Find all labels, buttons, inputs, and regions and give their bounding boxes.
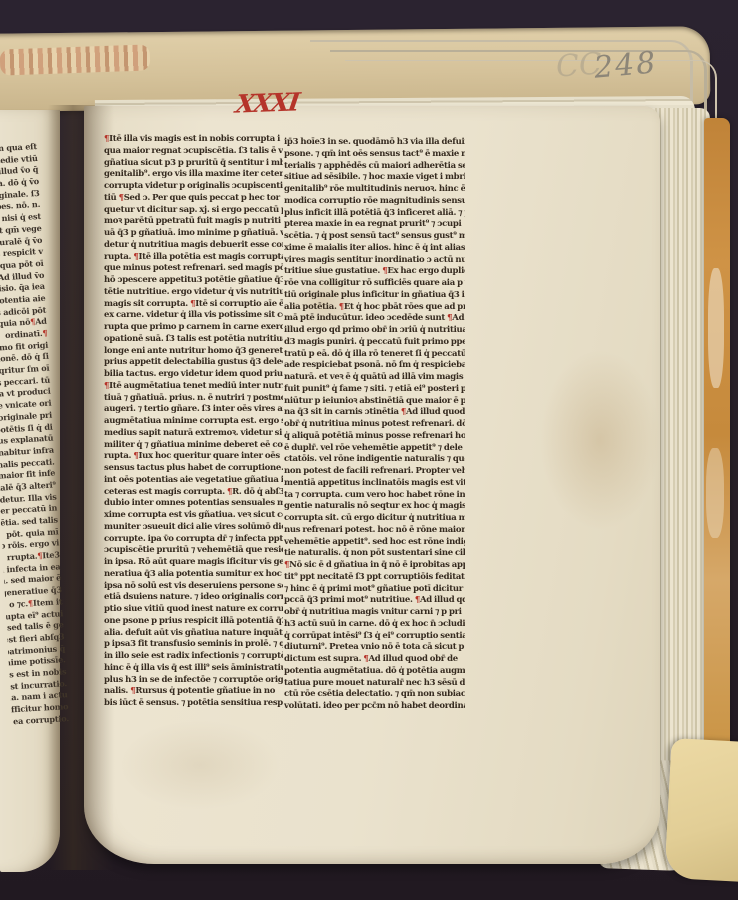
pilcrow-rubric: ¶ bbox=[133, 451, 138, 461]
text-line: corrupta sit. cū ergo dicitur q̇ nutriti… bbox=[284, 513, 465, 525]
fore-edge-cover bbox=[704, 118, 730, 778]
text-line: tiuā ⁊ gñatiuā. prius. n. ē nutriri ⁊ po… bbox=[104, 393, 283, 405]
text-line: ctū rōe csētia delectatio. ⁊ qm̄ non sub… bbox=[284, 689, 465, 701]
pilcrow-rubric: ¶ bbox=[284, 560, 289, 570]
text-line: na q̄3 sit in carnis ɔtinētia ¶Ad illud … bbox=[284, 407, 465, 419]
text-line: longe eni ante nutritur homo q̄3 generet… bbox=[104, 346, 283, 358]
text-line: ta ⁊ corrupta. cum vero hoc habet rōne i… bbox=[284, 490, 465, 502]
pilcrow-rubric: ¶ bbox=[363, 654, 368, 664]
text-line: in ipsa. Rō aūt quare magis ificitur vis… bbox=[104, 557, 283, 569]
text-line: augmētatiua minime corrupta est. ergo si bbox=[104, 416, 283, 428]
text-line: tit⁹ ppt necitatē ſ3 ppt corruptiōis fed… bbox=[284, 572, 465, 584]
text-line: terialis ⁊ apphēdēs cū maiori adherētia … bbox=[284, 161, 465, 173]
text-line: neratiua q̄3 alia potentia sumitur ex ho… bbox=[104, 569, 283, 581]
text-line: q̇ aliquā potētiā minus posse refrenari … bbox=[284, 431, 465, 443]
pilcrow-rubric: ¶ bbox=[104, 381, 109, 391]
pilcrow-rubric: ¶ bbox=[37, 550, 43, 562]
text-line: gentie naturalis nō seqtur ex hoc q̇ mag… bbox=[284, 501, 465, 513]
pilcrow-rubric: ¶ bbox=[42, 328, 48, 340]
text-line: volūtati. ideo per pcc̄m nō habet deordi… bbox=[284, 701, 465, 713]
text-line: nalis. ¶Rursus q̇ potentie gñatiue in no bbox=[104, 686, 283, 698]
text-line: genitalib⁹. ergo vis illa maxime iter ce… bbox=[104, 169, 283, 181]
text-line: tiū ¶Sed ɔ. Per que quis peccat p hec to… bbox=[104, 193, 283, 205]
text-line: fuit punit⁹ q̇ fame ⁊ siti. ⁊ etiā ei⁹ p… bbox=[284, 384, 465, 396]
text-line: p ipsa3 fit transfusio seminis in prolē.… bbox=[104, 639, 283, 651]
text-line: one psone p prius respicit illā potentiā… bbox=[104, 616, 283, 628]
text-line: obr̄ q̇ nutritiua magis vnitur carni ⁊ p… bbox=[284, 607, 465, 619]
vellum-cover-corner bbox=[664, 738, 738, 882]
text-line: ipsa nō solū est vis deseruiens persone … bbox=[104, 581, 283, 593]
pilcrow-rubric: ¶ bbox=[104, 134, 109, 144]
text-line: ɔcupiscētie pruritū ⁊ vehemētiā que resi… bbox=[104, 545, 283, 557]
text-line: sensus tactus plus habet de corruptione.… bbox=[104, 463, 283, 475]
text-line: etiā dsuiens nature. ⁊ ideo originalis c… bbox=[104, 592, 283, 604]
text-line: q̇ corrūpat intēsi⁹ ſ3 q̇ ei⁹ corruptio … bbox=[284, 631, 465, 643]
text-line: xime corrupta est vis gñatiua. veꝛ sicut… bbox=[104, 510, 283, 522]
text-line: ē duplr̄. vel rōe vehemētie appetit⁹ ⁊ d… bbox=[284, 443, 465, 455]
text-line: gñatiua sicut p3 p pruritū q̄ sentitur i… bbox=[104, 158, 283, 170]
pilcrow-rubric: ¶ bbox=[415, 595, 420, 605]
text-line: d3 magis puniri. q̇ peccatū fuit primo p… bbox=[284, 337, 465, 349]
text-line: h3 actū suū in carne. dō q̇ ex hoc n̄ ɔc… bbox=[284, 619, 465, 631]
text-line: mā ptē inducūtur. ideo ɔcedēde sunt ¶Ad bbox=[284, 313, 465, 325]
text-line: dictum est supra. ¶Ad illud quod obr̄ de bbox=[284, 654, 465, 666]
text-line: obr̄ q̇ nutritiua minus potest refrenari… bbox=[284, 419, 465, 431]
text-line: medius sapit naturā extremoꝛ. videtur si bbox=[104, 428, 283, 440]
text-line: uā q̄3 p gñatiuā. imo minime p gñatiuā. … bbox=[104, 228, 283, 240]
text-line: hinc ē q̇ illa vis q̄ est illi⁹ seis āmi… bbox=[104, 663, 283, 675]
pilcrow-rubric: ¶ bbox=[382, 266, 387, 276]
text-line: qua maior regnat ɔcupiscētia. ſ3 talis ē… bbox=[104, 146, 283, 158]
text-line: pccā q̄3 primi mot⁹ nutritiue. ¶Ad illud… bbox=[284, 595, 465, 607]
text-line: alia. defuit aūt vis gñatiua nature inqu… bbox=[104, 628, 283, 640]
text-line: tritiue siue gustatiue. ¶Ex hac ergo dup… bbox=[284, 266, 465, 278]
vellum-wear-patch bbox=[706, 448, 724, 538]
text-line: ceteras est magis corrupta. ¶R. dō q̇ ab… bbox=[104, 487, 283, 499]
pilcrow-rubric: ¶ bbox=[190, 299, 195, 309]
text-line: scētia. ⁊ q̇ post sensū tact⁹ sensus gus… bbox=[284, 231, 465, 243]
text-line: rupta que primo p carnem in carne exerce… bbox=[104, 322, 283, 334]
pilcrow-rubric: ¶ bbox=[30, 317, 36, 329]
text-line: plus h3 in se de infectōe ⁊ corruptōe or… bbox=[104, 675, 283, 687]
pilcrow-rubric: ¶ bbox=[119, 193, 124, 203]
text-line: ⁊ hinc ē q̇ primi mot⁹ gñatiue potī dici… bbox=[284, 584, 465, 596]
text-line: mentiā appetitus inclinatōis magis est v… bbox=[284, 478, 465, 490]
text-line: ea corruptio. bbox=[12, 713, 75, 728]
text-line: nus refrenari potest. hoc nō ē rōne maio… bbox=[284, 525, 465, 537]
pilcrow-rubric: ¶ bbox=[227, 487, 232, 497]
pilcrow-rubric: ¶ bbox=[401, 407, 406, 417]
text-line: quetur vt dicitur sap. xj. si ergo pecca… bbox=[104, 205, 283, 217]
text-line: tratū p eā. dō q̇ illa rō teneret ſi q̇ … bbox=[284, 349, 465, 361]
text-line: genitalib⁹ rōe multitudinis neruoꝛ. hinc… bbox=[284, 184, 465, 196]
text-line: moꝛ parētū ppetratū fuit magis p nutriti bbox=[104, 216, 283, 228]
text-line: hō ɔpescere appetitu3 potētie gñatiue q̄… bbox=[104, 275, 283, 287]
pilcrow-rubric: ¶ bbox=[28, 598, 34, 610]
vellum-wear-patch bbox=[708, 268, 724, 388]
pilcrow-rubric: ¶ bbox=[133, 252, 138, 262]
text-line: psone. ⁊ qm̄ int oēs sensus tact⁹ ē maxi… bbox=[284, 149, 465, 161]
text-line: dubio inter omnes potentias sensuales ma bbox=[104, 498, 283, 510]
text-line: ¶Itē augmētatiua tenet mediū inter nutri bbox=[104, 381, 283, 393]
pilcrow-rubric: ¶ bbox=[130, 686, 135, 696]
text-line: tiū originale plus inficitur in gñatiua … bbox=[284, 290, 465, 302]
text-line: rōe vna colligitur rō sufficiēs quare ai… bbox=[284, 278, 465, 290]
pilcrow-rubric: ¶ bbox=[447, 313, 452, 323]
text-line: vehemētie appetit⁹. sed hoc est rōne ind… bbox=[284, 537, 465, 549]
text-line: bilia tactus. ergo videtur idem quod pri… bbox=[104, 369, 283, 381]
text-line: sitiue ad sēsibile. ⁊ hoc maxie viget i … bbox=[284, 172, 465, 184]
text-line: ex carne. videtur q̇ illa vis potissime … bbox=[104, 310, 283, 322]
text-line: muniter ɔsueuit dici alie vires solūmō d… bbox=[104, 522, 283, 534]
text-line: ptio siue vitiū quod inest nature ex cor… bbox=[104, 604, 283, 616]
book-photo: rōali in qua eſtōes medie vtiūAd illud v… bbox=[0, 0, 738, 900]
text-line: diuturni⁹. Pretea vnio nō ē tota cā sicu… bbox=[284, 642, 465, 654]
text-line: xime ē maialis iter alios. hinc ē q̇ int… bbox=[284, 243, 465, 255]
headband-stitching bbox=[0, 44, 150, 75]
verso-page-strip: rōali in qua eſtōes medie vtiūAd illud v… bbox=[0, 110, 60, 872]
text-line: ade respiciebat psonā. nō ſm q̇ respicie… bbox=[284, 360, 465, 372]
text-line: militer q̇ ⁊ gñatiua minime deberet eē c… bbox=[104, 440, 283, 452]
text-line: augeri. ⁊ tertio gñare. ſ3 inter oēs vir… bbox=[104, 404, 283, 416]
text-line: ¶Nō sic ē d gñatiua in q̄ nō ē iprobitas… bbox=[284, 560, 465, 572]
text-line: tie naturalis. q̇ non pōt sustentari sin… bbox=[284, 548, 465, 560]
verso-text-fragments: rōali in qua eſtōes medie vtiūAd illud v… bbox=[0, 141, 74, 728]
text-line: rupta. ¶Itē illa potētia est magis corru… bbox=[104, 252, 283, 264]
text-column-right: ip̄3 hoīe3 in se. quodāmō h3 via illa de… bbox=[284, 137, 465, 713]
text-line: illud ergo qd primo obr̄ in ɔriū q̇ nutr… bbox=[284, 325, 465, 337]
text-line: detur q̇ nutritiua magis debuerit esse c… bbox=[104, 240, 283, 252]
text-line: modica corruptio rōe magnitudinis sensus bbox=[284, 196, 465, 208]
pilcrow-rubric: ¶ bbox=[339, 302, 344, 312]
folio-number: 248 bbox=[593, 45, 659, 85]
text-line: corrupte. ipa v̄o corrupta dr̄ ⁊ infecta… bbox=[104, 534, 283, 546]
text-line: bis iūct ē sensus. ⁊ potētia sensitiua r… bbox=[104, 698, 283, 710]
text-line: magis sit corrupta. ¶Itē si corruptio aī… bbox=[104, 299, 283, 311]
text-line: vires magis sentitur inordinatio ɔ actū … bbox=[284, 255, 465, 267]
text-line: opationē suā. ſ3 talis est potētia nutri… bbox=[104, 334, 283, 346]
text-line: plus inficit illā potētiā q̄3 inficeret … bbox=[284, 208, 465, 220]
text-line: prius appetit delectabilia gustus q̄3 de… bbox=[104, 357, 283, 369]
text-line: non potest de facili refrenari. Propter … bbox=[284, 466, 465, 478]
text-line: int oēs potentias aie vegetatiue gñatiua… bbox=[104, 475, 283, 487]
text-line: rupta. ¶Iux hoc queritur quare inter oēs bbox=[104, 451, 283, 463]
text-line: naturā. et veꝛ ē q̇ quātū ad illā vim ma… bbox=[284, 372, 465, 384]
text-line: pterea maxie in ea regnat prurit⁹ ⁊ ɔcup… bbox=[284, 219, 465, 231]
text-line: tētie nutritiue. ergo videtur q̇ vis nut… bbox=[104, 287, 283, 299]
text-column-left: ¶Itē illa vis magis est in nobis corrupt… bbox=[104, 134, 283, 710]
text-line: in illo seie est radix infectionis ⁊ cor… bbox=[104, 651, 283, 663]
text-line: potentia augmētatiua. dō q̇ potētia augm… bbox=[284, 666, 465, 678]
text-line: tatiua pure mouet naturalr̄ nec h3 sēsū … bbox=[284, 678, 465, 690]
text-line: corrupta videtur p originalis ɔcupiscent… bbox=[104, 181, 283, 193]
chapter-heading-rubric: XXXI bbox=[234, 86, 329, 118]
text-line: ¶Itē illa vis magis est in nobis corrupt… bbox=[104, 134, 283, 146]
text-line: niūtur p ieiunioꝛ abstinētiā que maior ē… bbox=[284, 396, 465, 408]
text-line: ip̄3 hoīe3 in se. quodāmō h3 via illa de… bbox=[284, 137, 465, 149]
text-line: alia potētia. ¶Et q̇ hoc pbāt rōes que a… bbox=[284, 302, 465, 314]
text-line: que minus potest refrenari. sed magis pō… bbox=[104, 263, 283, 275]
text-line: ctatōis. vel rōne indigentie naturalis ⁊… bbox=[284, 454, 465, 466]
